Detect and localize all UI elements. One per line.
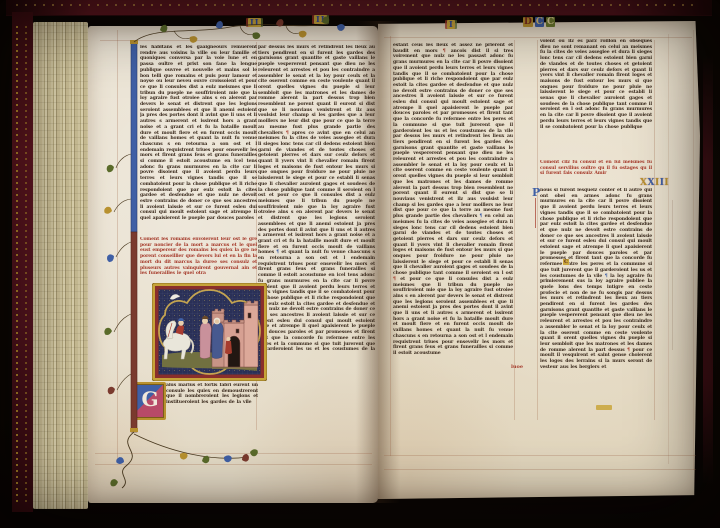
ruling-line [100,40,370,41]
binding-left-edge [12,12,33,512]
ruling-line [514,40,515,420]
initial-flourish [535,198,536,228]
ruling-line [390,36,391,456]
numeral-letter: I [664,178,669,188]
right-col2-rubric: Coment cilz fu consul et en lui meismes … [540,160,652,188]
manuscript-photo: II II I D C C XXIII les habitans et les … [0,0,720,528]
page-edges-stack [33,22,88,509]
right-col1-body: estant ceus les lieux et assez ne priere… [393,43,513,417]
ruling-line [95,453,372,454]
left-col1-body: les habitans et les gaaigneours remueren… [140,45,257,237]
gold-tooling-line [16,4,694,6]
ruling-line [384,37,692,38]
binding-top-edge [6,0,712,16]
binding-right-edge [703,55,713,485]
gold-tooling-line [16,22,18,502]
numeral-letter: C [546,17,555,27]
header-numeral: II [314,15,327,24]
gold-highlight [596,405,612,410]
header-numeral: II [248,18,261,27]
ruling-line [117,30,118,462]
numeral-letter: D [523,17,533,27]
ruling-line [537,40,538,420]
ruling-line [384,455,696,456]
illuminated-initial: G [134,382,166,420]
numeral-letter: C [535,17,544,27]
pen-flourished-initial: P [532,187,540,198]
margin-note: luoe [511,364,523,370]
ruling-line [384,469,696,470]
ruling-line [668,34,669,464]
left-col1-rubric: Coment les romains envoierent leur ost l… [140,237,257,284]
gold-touched-initial: C [563,259,569,265]
parchment-crease [672,200,673,350]
left-col2-body: par dessus les murs et retindrent les li… [258,45,375,426]
header-numeral-dcc: D C C [523,17,555,27]
right-col2-body-bottom: nous si furent lesquelz conter et li aut… [540,188,652,414]
ruling-line [693,30,694,470]
gold-tooling-line [25,22,27,502]
right-col2-body-top: voient ou ilz es parz roillon en obseque… [540,39,652,160]
header-numeral: I [447,20,455,29]
ruling-line [654,40,655,420]
left-col1-after-initial: aius marius et fortis fabri eurent un co… [166,383,258,412]
ruling-line [95,464,372,465]
